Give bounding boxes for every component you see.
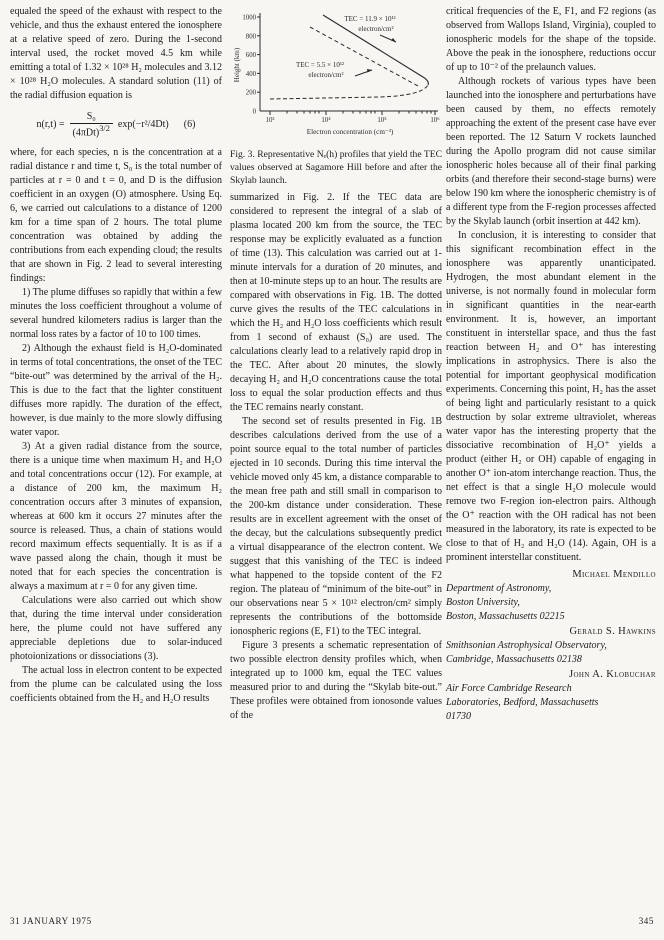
author-affiliation-line: Cambridge, Massachusetts 02138 bbox=[446, 653, 656, 667]
paragraph: equaled the speed of the exhaust with re… bbox=[10, 5, 222, 103]
x-tick-labels: 10³ 10⁴ 10⁵ 10⁶ bbox=[266, 117, 441, 124]
y-tick-label: 200 bbox=[246, 90, 257, 97]
paragraph: Although rockets of various types have b… bbox=[446, 75, 656, 229]
footer-date: 31 JANUARY 1975 bbox=[10, 916, 92, 926]
author-affiliation-line: Boston University, bbox=[446, 596, 656, 610]
author-affiliation-line: Laboratories, Bedford, Massachusetts bbox=[446, 696, 656, 710]
author-name: Gerald S. Hawkins bbox=[446, 624, 656, 639]
middle-column: 1000 800 600 400 200 0 bbox=[230, 5, 442, 723]
y-tick-label: 0 bbox=[253, 109, 257, 116]
electron-density-profile-chart: 1000 800 600 400 200 0 bbox=[230, 5, 442, 143]
prelaunch-tec-label-line1: TEC = 11.9 × 10¹² bbox=[344, 15, 395, 23]
paragraph: The second set of results presented in F… bbox=[230, 415, 442, 639]
figure-3: 1000 800 600 400 200 0 bbox=[230, 5, 442, 187]
author-affiliation-line: Air Force Cambridge Research bbox=[446, 682, 656, 696]
equation-fraction: S₀ (4πDt)3/2 bbox=[70, 111, 113, 138]
equation-denominator: (4πDt)3/2 bbox=[70, 123, 113, 139]
equation-lhs: n(r,t) = bbox=[37, 118, 65, 132]
paragraph: 3) At a given radial distance from the s… bbox=[10, 440, 222, 594]
author-affiliation-line: Boston, Massachusetts 02215 bbox=[446, 610, 656, 624]
x-axis-ticks bbox=[270, 111, 435, 115]
paragraph: critical frequencies of the E, F1, and F… bbox=[446, 5, 656, 75]
right-column: critical frequencies of the E, F1, and F… bbox=[446, 5, 656, 724]
paragraph: where, for each species, n is the concen… bbox=[10, 146, 222, 286]
equation-denominator-base: (4πDt) bbox=[73, 127, 100, 138]
y-tick-label: 1000 bbox=[242, 15, 256, 22]
biteout-tec-label-line2: electron/cm² bbox=[308, 71, 343, 79]
y-tick-labels: 1000 800 600 400 200 0 bbox=[242, 15, 256, 116]
paragraph: 2) Although the exhaust field is H₂O-dom… bbox=[10, 342, 222, 440]
paragraph: Calculations were also carried out which… bbox=[10, 594, 222, 664]
page-footer: 31 JANUARY 1975 345 bbox=[10, 916, 654, 926]
equation-rhs: exp(−r²/4Dt) bbox=[118, 118, 169, 132]
paragraph: Figure 3 presents a schematic representa… bbox=[230, 639, 442, 723]
x-tick-label: 10⁴ bbox=[321, 117, 331, 124]
x-tick-label: 10⁶ bbox=[430, 117, 440, 124]
left-column: equaled the speed of the exhaust with re… bbox=[10, 5, 222, 706]
paragraph: In conclusion, it is interesting to cons… bbox=[446, 229, 656, 565]
y-axis-label: Height (km) bbox=[233, 47, 241, 82]
x-tick-label: 10³ bbox=[266, 117, 275, 124]
page-number: 345 bbox=[639, 916, 654, 926]
equation-numerator: S₀ bbox=[84, 111, 99, 123]
prelaunch-arrow bbox=[380, 35, 396, 42]
biteout-arrow bbox=[355, 69, 372, 76]
author-block: Michael Mendillo Department of Astronomy… bbox=[446, 567, 656, 724]
paragraph: 1) The plume diffuses so rapidly that wi… bbox=[10, 286, 222, 342]
author-affiliation-line: Department of Astronomy, bbox=[446, 582, 656, 596]
prelaunch-tec-label-line2: electron/cm² bbox=[358, 25, 393, 33]
equation-denominator-exponent: 3/2 bbox=[99, 124, 110, 133]
figure-caption: Fig. 3. Representative Nₑ(h) profiles th… bbox=[230, 148, 442, 187]
y-tick-label: 600 bbox=[246, 52, 257, 59]
author-name: Michael Mendillo bbox=[446, 567, 656, 582]
equation-number: (6) bbox=[184, 118, 196, 132]
paragraph: summarized in Fig. 2. If the TEC data ar… bbox=[230, 191, 442, 415]
x-tick-label: 10⁵ bbox=[377, 117, 387, 124]
author-affiliation-line: 01730 bbox=[446, 710, 656, 724]
y-tick-label: 400 bbox=[246, 71, 257, 78]
paragraph: The actual loss in electron content to b… bbox=[10, 664, 222, 706]
y-tick-label: 800 bbox=[246, 33, 257, 40]
equation-6: n(r,t) = S₀ (4πDt)3/2 exp(−r²/4Dt) (6) bbox=[10, 111, 222, 138]
bottomside-profile-line bbox=[270, 85, 428, 99]
author-name: John A. Klobuchar bbox=[446, 667, 656, 682]
x-axis-label: Electron concentration (cm⁻³) bbox=[307, 128, 394, 136]
biteout-tec-label-line1: TEC = 5.5 × 10¹² bbox=[296, 61, 344, 69]
journal-page: equaled the speed of the exhaust with re… bbox=[0, 0, 664, 940]
author-affiliation-line: Smithsonian Astrophysical Observatory, bbox=[446, 639, 656, 653]
